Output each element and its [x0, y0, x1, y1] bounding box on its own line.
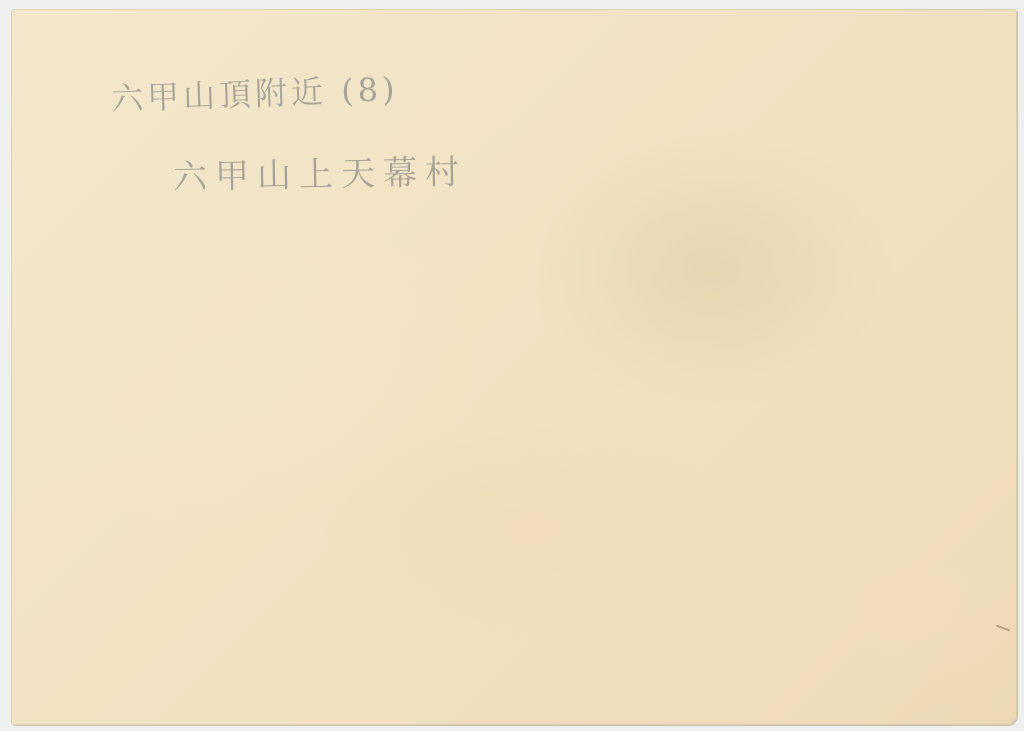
inscription-line-2: 六甲山上天幕村 — [173, 144, 468, 198]
edge-crease — [996, 625, 1010, 632]
inscription-line-1: 六甲山頂附近 (8) — [110, 64, 399, 120]
photo-back: 六甲山頂附近 (8) 六甲山上天幕村 — [11, 9, 1017, 725]
